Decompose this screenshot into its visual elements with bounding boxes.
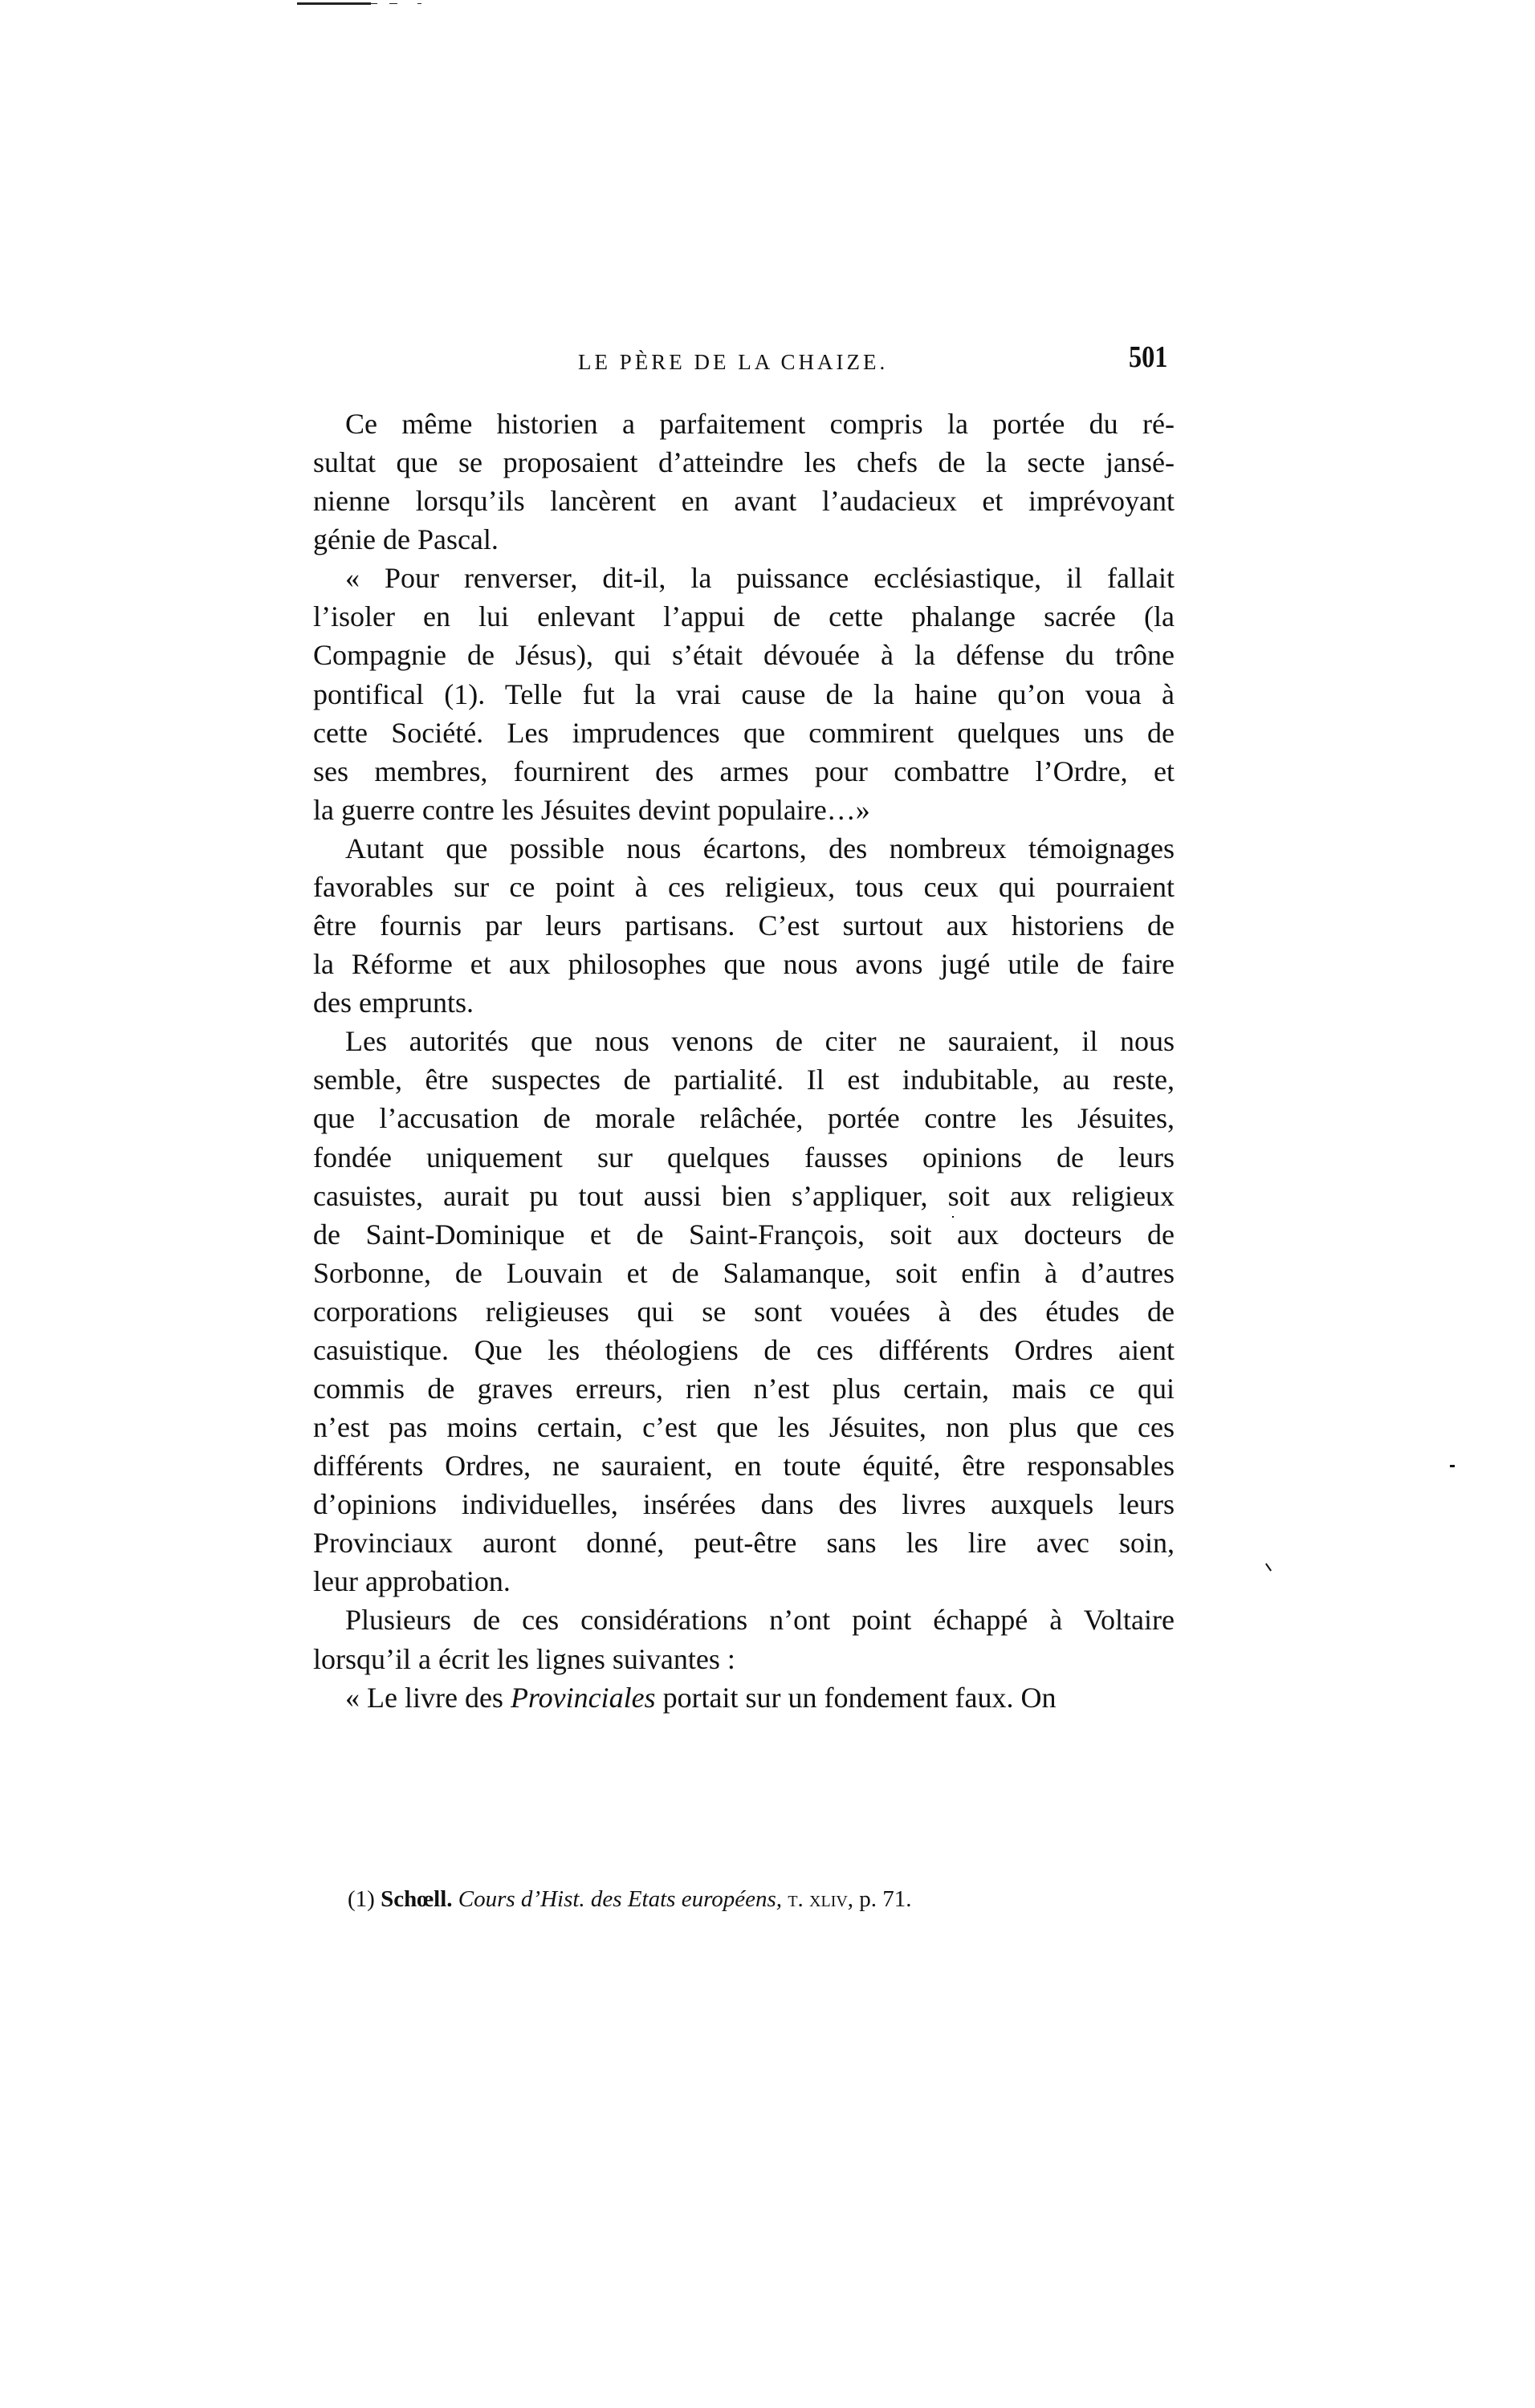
scan-artifact-rule [417, 3, 421, 4]
scan-artifact-rule [365, 3, 377, 4]
body-line: que l’accusation de morale relâchée, por… [313, 1104, 1175, 1133]
body-line: Sorbonne, de Louvain et de Salamanque, s… [313, 1259, 1175, 1287]
body-line: commis de graves erreurs, rien n’est plu… [313, 1374, 1175, 1403]
body-line: corporations religieuses qui se sont vou… [313, 1297, 1175, 1326]
body-line: cette Société. Les imprudences que commi… [313, 718, 1175, 747]
footnote-author: Schœll. [381, 1886, 452, 1912]
body-line: Compagnie de Jésus), qui s’était dévouée… [313, 641, 1175, 669]
body-line: fondée uniquement sur quelques fausses o… [313, 1143, 1175, 1172]
body-line: différents Ordres, ne sauraient, en tout… [313, 1451, 1175, 1480]
footnote: (1) Schœll. Cours d’Hist. des Etats euro… [348, 1888, 912, 1911]
book-title-provinciales: Provinciales [511, 1682, 656, 1714]
body-line: d’opinions individuelles, insérées dans … [313, 1490, 1175, 1519]
body-line: casuistes, aurait pu tout aussi bien s’a… [313, 1182, 1175, 1210]
body-line: des emprunts. [313, 988, 1175, 1017]
body-line: la Réforme et aux philosophes que nous a… [313, 950, 1175, 978]
body-line: n’est pas moins certain, c’est que les J… [313, 1413, 1175, 1442]
body-line-final: « Le livre des Provinciales portait sur … [345, 1683, 1175, 1712]
footnote-page: p. 71. [859, 1886, 911, 1912]
footnote-title: Cours d’Hist. des Etats européens, [458, 1886, 782, 1912]
body-line: nienne lorsqu’ils lancèrent en avant l’a… [313, 486, 1175, 515]
body-line: génie de Pascal. [313, 525, 1175, 554]
body-line: lorsqu’il a écrit les lignes suivantes : [313, 1645, 1175, 1674]
body-line: pontifical (1). Telle fut la vrai cause … [313, 680, 1175, 709]
body-line: Plusieurs de ces considérations n’ont po… [345, 1605, 1175, 1634]
body-line: casuistique. Que les théologiens de ces … [313, 1336, 1175, 1365]
book-page: LE PÈRE DE LA CHAIZE. 501 Ce même histor… [0, 0, 1535, 2408]
final-line-before: « Le livre des [345, 1682, 511, 1714]
body-line: ses membres, fournirent des armes pour c… [313, 757, 1175, 786]
body-line: Les autorités que nous venons de citer n… [345, 1027, 1175, 1056]
scan-speck [1265, 1563, 1272, 1571]
body-line: sultat que se proposaient d’atteindre le… [313, 448, 1175, 477]
body-line: de Saint-Dominique et de Saint-François,… [313, 1220, 1175, 1249]
body-line: « Pour renverser, dit-il, la puissance e… [345, 563, 1175, 592]
body-line: leur approbation. [313, 1567, 1175, 1596]
scan-speck [952, 1216, 954, 1218]
body-line: l’isoler en lui enlevant l’appui de cett… [313, 602, 1175, 631]
body-line: semble, être suspectes de partialité. Il… [313, 1065, 1175, 1094]
body-line: être fournis par leurs partisans. C’est … [313, 911, 1175, 940]
body-line: favorables sur ce point à ces religieux,… [313, 872, 1175, 901]
scan-speck [1450, 1465, 1455, 1467]
final-line-after: portait sur un fondement faux. On [656, 1682, 1057, 1714]
footnote-volume: t. xliv, [788, 1886, 853, 1912]
body-line: la guerre contre les Jésuites devint pop… [313, 795, 1175, 824]
body-line: Autant que possible nous écartons, des n… [345, 834, 1175, 863]
scan-artifact-rule [389, 3, 397, 4]
page-number: 501 [1129, 342, 1167, 372]
footnote-marker: (1) [348, 1886, 375, 1912]
body-line: Provinciaux auront donné, peut-être sans… [313, 1528, 1175, 1557]
scan-artifact-rule [297, 2, 371, 5]
body-line: Ce même historien a parfaitement compris… [345, 409, 1175, 438]
running-header: LE PÈRE DE LA CHAIZE. [578, 352, 888, 373]
